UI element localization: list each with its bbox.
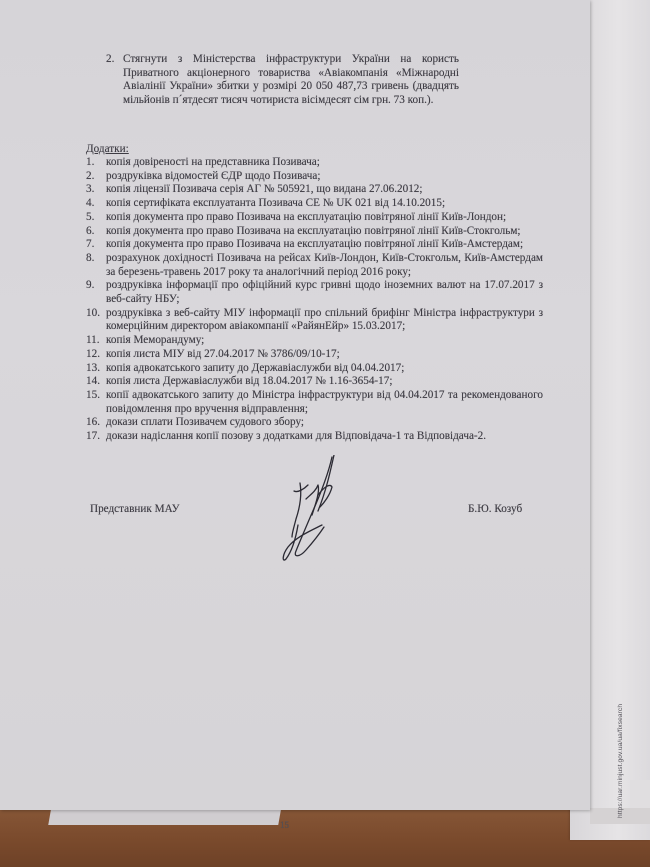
attachment-number: 3.	[86, 183, 106, 197]
attachment-number: 15.	[86, 389, 106, 416]
attachment-item: 2.роздруківка відомостей ЄДР щодо Позива…	[86, 170, 543, 184]
attachment-item: 10.роздруківка з веб-сайту МІУ інформаці…	[86, 307, 543, 334]
attachment-item: 14.копія листа Державіаслужби від 18.04.…	[86, 375, 543, 389]
attachment-item: 16.докази сплати Позивачем судового збор…	[86, 416, 543, 430]
attachment-item: 6.копія документа про право Позивача на …	[86, 225, 543, 239]
attachment-item: 4.копія сертифіката експлуатанта Позивач…	[86, 197, 543, 211]
attachment-item: 11.копія Меморандуму;	[86, 334, 543, 348]
attachment-number: 14.	[86, 375, 106, 389]
document-page: 2. Стягнути з Міністерства інфраструктур…	[0, 0, 590, 810]
attachment-text: роздруківка з веб-сайту МІУ інформації п…	[106, 307, 543, 334]
attachment-text: копія листа МІУ від 27.04.2017 № 3786/09…	[106, 348, 543, 362]
attachment-text: копія сертифіката експлуатанта Позивача …	[106, 197, 543, 211]
attachment-text: роздруківка інформації про офіційний кур…	[106, 279, 543, 306]
attachment-item: 12.копія листа МІУ від 27.04.2017 № 3786…	[86, 348, 543, 362]
attachment-item: 15.копії адвокатського запиту до Міністр…	[86, 389, 543, 416]
attachment-number: 17.	[86, 430, 106, 444]
attachment-number: 2.	[86, 170, 106, 184]
attachment-item: 13.копія адвокатського запиту до Державі…	[86, 362, 543, 376]
underlying-page-corner	[630, 780, 650, 810]
attachment-text: копія документа про право Позивача на ек…	[106, 225, 543, 239]
attachment-number: 4.	[86, 197, 106, 211]
attachment-number: 6.	[86, 225, 106, 239]
attachment-text: копії адвокатського запиту до Міністра і…	[106, 389, 543, 416]
attachment-number: 12.	[86, 348, 106, 362]
attachments-heading: Додатки:	[86, 143, 129, 157]
attachment-number: 16.	[86, 416, 106, 430]
attachment-item: 17.докази надіслання копії позову з дода…	[86, 430, 543, 444]
attachment-item: 7.копія документа про право Позивача на …	[86, 238, 543, 252]
attachment-text: копія адвокатського запиту до Державіасл…	[106, 362, 543, 376]
attachment-text: копія листа Державіаслужби від 18.04.201…	[106, 375, 543, 389]
attachment-number: 8.	[86, 252, 106, 279]
attachment-text: копія документа про право Позивача на ек…	[106, 238, 543, 252]
attachment-item: 1.копія довіреності на представника Пози…	[86, 156, 543, 170]
claim-text: Стягнути з Міністерства інфраструктури У…	[123, 53, 459, 108]
attachment-number: 5.	[86, 211, 106, 225]
signer-name: Б.Ю. Козуб	[468, 503, 522, 517]
attachment-text: копія ліцензії Позивача серія АГ № 50592…	[106, 183, 543, 197]
attachment-number: 13.	[86, 362, 106, 376]
signer-title: Представник МАУ	[90, 503, 180, 517]
claim-item: 2. Стягнути з Міністерства інфраструктур…	[106, 53, 459, 108]
attachment-number: 10.	[86, 307, 106, 334]
attachment-text: розрахунок дохідності Позивача на рейсах…	[106, 252, 543, 279]
attachment-item: 5.копія документа про право Позивача на …	[86, 211, 543, 225]
attachment-number: 11.	[86, 334, 106, 348]
attachment-item: 9.роздруківка інформації про офіційний к…	[86, 279, 543, 306]
attachment-item: 8.розрахунок дохідності Позивача на рейс…	[86, 252, 543, 279]
signature-icon	[270, 455, 370, 565]
attachment-number: 7.	[86, 238, 106, 252]
attachment-text: роздруківка відомостей ЄДР щодо Позивача…	[106, 170, 543, 184]
attachments-list: 1.копія довіреності на представника Пози…	[86, 156, 543, 444]
side-url-stamp: https://uar.minjust.gov.ua/ua/fixsearch	[617, 704, 624, 818]
claim-number: 2.	[106, 53, 123, 108]
page-number: 15	[280, 819, 289, 833]
attachment-number: 9.	[86, 279, 106, 306]
attachment-text: копія Меморандуму;	[106, 334, 543, 348]
attachment-text: копія довіреності на представника Позива…	[106, 156, 543, 170]
attachment-item: 3.копія ліцензії Позивача серія АГ № 505…	[86, 183, 543, 197]
attachment-text: докази надіслання копії позову з додатка…	[106, 430, 543, 444]
attachment-number: 1.	[86, 156, 106, 170]
attachment-text: докази сплати Позивачем судового збору;	[106, 416, 543, 430]
attachment-text: копія документа про право Позивача на ек…	[106, 211, 543, 225]
